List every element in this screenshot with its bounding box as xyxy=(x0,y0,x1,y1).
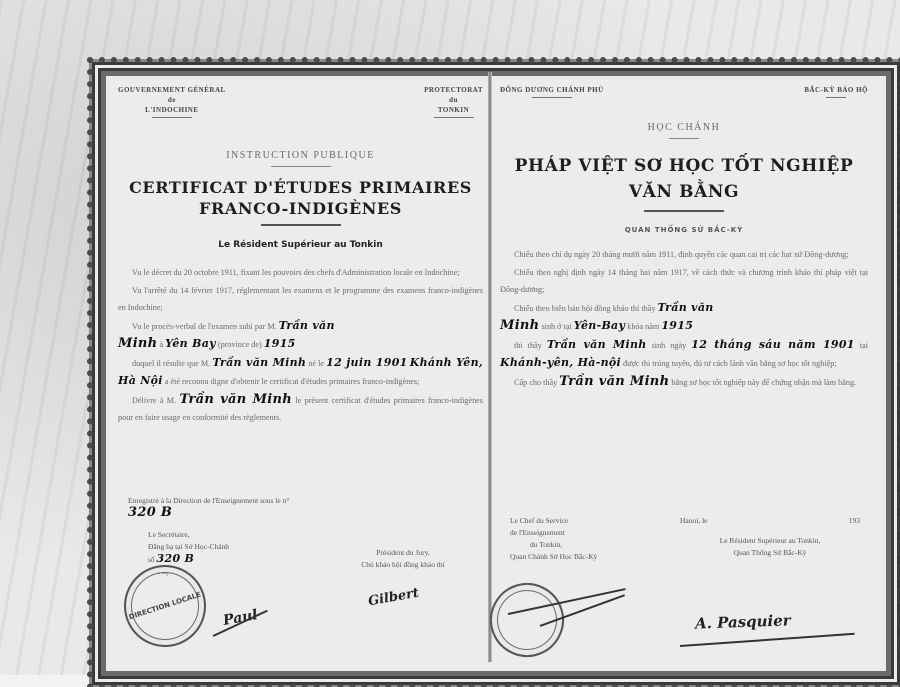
handwritten-name: Trần văn xyxy=(279,319,335,332)
legal-paragraph: Chiếu theo chỉ dụ ngày 20 tháng mười năm… xyxy=(500,246,868,264)
secretary-signature: Paul xyxy=(222,607,259,629)
static-text: sinh ngày xyxy=(652,341,687,350)
center-fold-line xyxy=(488,72,492,662)
grant-paragraph: Délivre à M. Trần văn Minh le présent ce… xyxy=(118,391,483,427)
header-line: TONKIN xyxy=(424,105,483,115)
registration-block: Enregistré à la Direction de l'Enseignem… xyxy=(128,495,318,520)
divider xyxy=(434,117,474,118)
header-line: du xyxy=(424,95,483,105)
details-paragraph: thì thầy Trần văn Minh sinh ngày 12 thán… xyxy=(500,336,868,373)
static-text: Quan Thống Sứ Bắc-Kỳ xyxy=(680,547,860,559)
certificate-title: CERTIFICAT D'ÉTUDES PRIMAIRES FRANCO-IND… xyxy=(118,177,483,219)
french-footer: Enregistré à la Direction de l'Enseignem… xyxy=(118,495,483,655)
certificate-title: PHÁP VIỆT SƠ HỌC TỐT NGHIỆP VĂN BẰNG xyxy=(500,153,868,205)
header-line: GOUVERNEMENT GÉNÉRAL xyxy=(118,85,226,95)
divider xyxy=(271,166,331,167)
static-text: thì thầy xyxy=(514,341,542,350)
title-line-1: CERTIFICAT D'ÉTUDES PRIMAIRES xyxy=(118,177,483,198)
handwritten-year: 1915 xyxy=(661,319,693,332)
static-text: tại xyxy=(860,341,868,350)
divider xyxy=(532,97,572,98)
header-government: GOUVERNEMENT GÉNÉRAL de L'INDOCHINE xyxy=(118,85,226,120)
handwritten-birthplace: Yên Bay xyxy=(165,337,216,350)
static-text: Le Résident Supérieur au Tonkin, xyxy=(680,535,860,547)
static-text: Le Secrétaire, xyxy=(148,529,318,541)
static-text: Quan Chánh Sở Học Bắc-Kỳ xyxy=(510,551,660,563)
handwritten-birthdate: 12 tháng sáu năm 1901 xyxy=(691,338,855,351)
legal-paragraph: Vu l'arrêté du 14 février 1917, réglemen… xyxy=(118,282,483,317)
static-text: Président du Jury, xyxy=(333,547,473,559)
static-text: a été reconnu digne d'obtenir le certifi… xyxy=(165,377,420,386)
static-text: (province de) xyxy=(218,340,262,349)
static-text: Le Chef du Service xyxy=(510,515,660,527)
static-text: du Tonkin, xyxy=(510,539,660,551)
handwritten-name: Trần văn Minh xyxy=(179,392,292,407)
header-line: ĐÔNG DƯƠNG CHÁNH PHỦ xyxy=(500,85,604,95)
handwritten-birthplace: Yên-Bay xyxy=(574,319,625,332)
section-label: INSTRUCTION PUBLIQUE xyxy=(118,150,483,161)
divider xyxy=(152,117,192,118)
handwritten-registration-number: 320 B xyxy=(157,552,195,565)
static-text: Chiếu theo biên bản hội đồng khảo thí th… xyxy=(514,304,655,313)
header-protectorate: BẮC-KỲ BẢO HỘ xyxy=(804,85,868,100)
handwritten-name: Trần văn xyxy=(658,301,714,314)
handwritten-birthdate: 12 juin 1901 xyxy=(326,356,407,369)
header-line: BẮC-KỲ BẢO HỘ xyxy=(804,85,868,95)
static-text: né le xyxy=(308,359,324,368)
static-text: sinh ở tại xyxy=(541,322,571,331)
grant-paragraph: Cấp cho thầy Trần văn Minh bằng sơ học t… xyxy=(500,373,868,392)
issuing-authority: QUAN THỐNG SỨ BẮC-KỲ xyxy=(500,226,868,234)
static-text: 193 xyxy=(849,515,860,527)
details-paragraph: duquel il résulte que M. Trần văn Minh n… xyxy=(118,354,483,391)
static-text: Enregistré à la Direction de l'Enseignem… xyxy=(128,496,289,505)
handwritten-birthplace: Khánh-yên, Hà-nội xyxy=(500,356,621,369)
jury-paragraph: Chiếu theo biên bản hội đồng khảo thí th… xyxy=(500,299,868,336)
header-line: de xyxy=(118,95,226,105)
handwritten-name: Minh xyxy=(500,318,539,333)
divider xyxy=(644,210,724,212)
static-text: Cấp cho thầy xyxy=(514,378,557,387)
certificate-body: Chiếu theo chỉ dụ ngày 20 tháng mười năm… xyxy=(500,246,868,391)
handwritten-name: Minh xyxy=(118,336,157,351)
legal-paragraph: Chiếu theo nghị định ngày 14 tháng hai n… xyxy=(500,264,868,299)
certificate-body: Vu le décret du 20 octobre 1911, fixant … xyxy=(118,264,483,427)
static-text: à xyxy=(159,340,163,349)
title-line-1: PHÁP VIỆT SƠ HỌC TỐT NGHIỆP xyxy=(500,153,868,179)
handwritten-registration-number: 320 B xyxy=(128,505,172,520)
handwritten-name: Trần văn Minh xyxy=(559,374,669,389)
static-text: số xyxy=(148,555,155,564)
title-line-2: VĂN BẰNG xyxy=(500,179,868,205)
handwritten-year: 1915 xyxy=(264,337,296,350)
vietnamese-footer: Le Chef du Service de l'Enseignement du … xyxy=(500,495,868,655)
vietnamese-header: ĐÔNG DƯƠNG CHÁNH PHỦ BẮC-KỲ BẢO HỘ xyxy=(500,85,868,100)
signature-underline xyxy=(680,633,855,647)
static-text: Hanoi, le xyxy=(680,516,708,525)
jury-paragraph: Vu le procès-verbal de l'examen subi par… xyxy=(118,317,483,354)
jury-president-signature: Gilbert xyxy=(367,586,420,610)
handwritten-name: Trần văn Minh xyxy=(547,338,647,351)
section-label: HỌC CHÁNH xyxy=(500,122,868,133)
place-date-line: Hanoi, le 193 xyxy=(680,515,860,527)
divider xyxy=(261,224,341,226)
static-text: duquel il résulte que M. xyxy=(132,359,210,368)
french-header: GOUVERNEMENT GÉNÉRAL de L'INDOCHINE PROT… xyxy=(118,85,483,120)
static-text: Vu le procès-verbal de l'examen subi par… xyxy=(132,322,277,331)
header-government: ĐÔNG DƯƠNG CHÁNH PHỦ xyxy=(500,85,604,100)
header-protectorate: PROTECTORAT du TONKIN xyxy=(424,85,483,120)
french-page: GOUVERNEMENT GÉNÉRAL de L'INDOCHINE PROT… xyxy=(118,85,483,655)
resident-superieur-block: Le Résident Supérieur au Tonkin, Quan Th… xyxy=(680,535,860,559)
jury-president-block: Président du Jury, Chủ khảo hội đồng khả… xyxy=(333,547,473,571)
static-text: Délivre à M. xyxy=(132,396,176,405)
static-text: bằng sơ học tốt nghiệp này để chứng nhận… xyxy=(671,378,856,387)
title-line-2: FRANCO-INDIGÈNES xyxy=(118,198,483,219)
handwritten-name: Trần văn Minh xyxy=(212,356,306,369)
divider xyxy=(669,138,699,139)
static-text: Chủ khảo hội đồng khảo thí xyxy=(333,559,473,571)
service-chief-block: Le Chef du Service de l'Enseignement du … xyxy=(510,515,660,563)
divider xyxy=(826,97,846,98)
issuing-authority: Le Résident Supérieur au Tonkin xyxy=(118,240,483,250)
static-text: khóa năm xyxy=(627,322,659,331)
header-line: PROTECTORAT xyxy=(424,85,483,95)
vietnamese-page: ĐÔNG DƯƠNG CHÁNH PHỦ BẮC-KỲ BẢO HỘ HỌC C… xyxy=(500,85,868,655)
header-line: L'INDOCHINE xyxy=(118,105,226,115)
legal-paragraph: Vu le décret du 20 octobre 1911, fixant … xyxy=(118,264,483,282)
static-text: de l'Enseignement xyxy=(510,527,660,539)
resident-superieur-signature: A. Pasquier xyxy=(695,611,791,632)
static-text: được thi trúng tuyển, đủ tư cách lãnh vă… xyxy=(623,359,837,368)
